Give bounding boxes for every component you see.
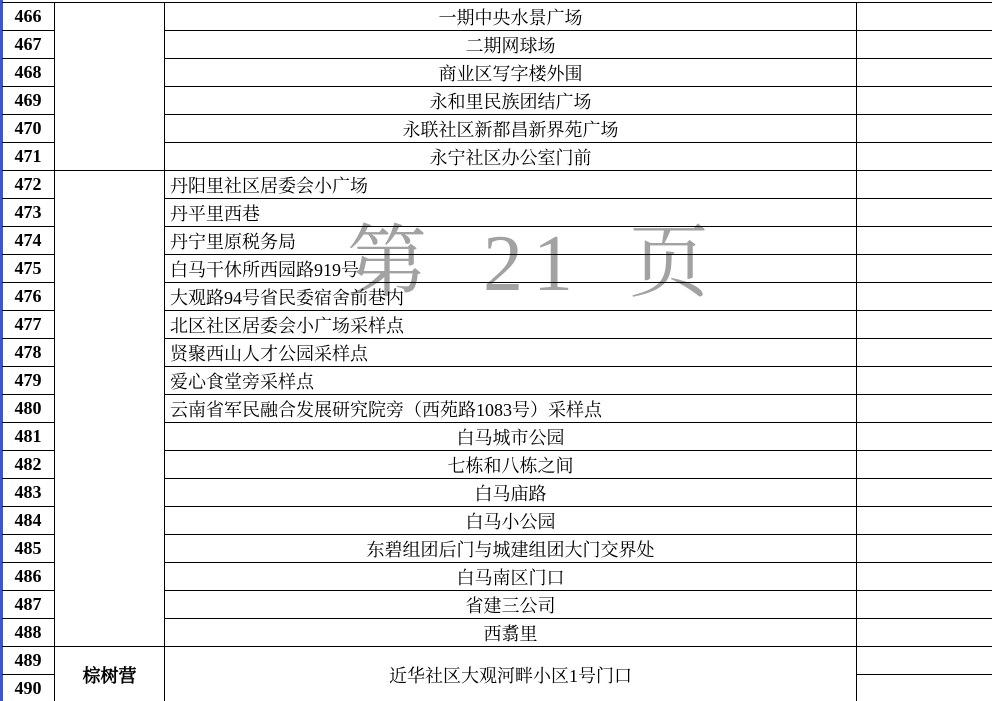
row-number-cell[interactable]: 467 (2, 31, 55, 59)
blank-cell[interactable] (857, 591, 992, 619)
location-cell[interactable]: 白马干休所西园路919号 (165, 255, 857, 283)
row-number-cell[interactable]: 481 (2, 423, 55, 451)
location-cell[interactable]: 北区社区居委会小广场采样点 (165, 311, 857, 339)
location-cell[interactable]: 贤聚西山人才公园采样点 (165, 339, 857, 367)
location-cell[interactable]: 商业区写字楼外围 (165, 59, 857, 87)
row-number-cell[interactable]: 478 (2, 339, 55, 367)
blank-cell[interactable] (857, 339, 992, 367)
location-cell[interactable]: 永和里民族团结广场 (165, 87, 857, 115)
blank-cell[interactable] (857, 227, 992, 255)
row-number-cell[interactable]: 482 (2, 451, 55, 479)
spreadsheet-page: 第 21 页 466一期中央水景广场467二期网球场468商业区写字楼外围469… (0, 0, 992, 701)
location-cell[interactable]: 白马南区门口 (165, 563, 857, 591)
row-number-cell[interactable]: 487 (2, 591, 55, 619)
location-cell[interactable]: 永联社区新都昌新界苑广场 (165, 115, 857, 143)
row-number-cell[interactable]: 476 (2, 283, 55, 311)
row-number-cell[interactable]: 485 (2, 535, 55, 563)
location-cell-merged[interactable]: 近华社区大观河畔小区1号门口 (165, 647, 857, 701)
row-number-cell[interactable]: 484 (2, 507, 55, 535)
location-cell[interactable]: 二期网球场 (165, 31, 857, 59)
blank-cell[interactable] (857, 423, 992, 451)
blank-cell[interactable] (857, 619, 992, 647)
blank-cell[interactable] (857, 199, 992, 227)
group-cell[interactable]: 棕树营 (55, 647, 165, 701)
blank-cell[interactable] (857, 115, 992, 143)
location-cell[interactable]: 东碧组团后门与城建组团大门交界处 (165, 535, 857, 563)
row-number-cell[interactable]: 468 (2, 59, 55, 87)
row-number-cell[interactable]: 475 (2, 255, 55, 283)
location-cell[interactable]: 省建三公司 (165, 591, 857, 619)
blank-cell[interactable] (857, 563, 992, 591)
row-number-cell[interactable]: 479 (2, 367, 55, 395)
location-cell[interactable]: 西翥里 (165, 619, 857, 647)
row-number-cell[interactable]: 472 (2, 171, 55, 199)
blank-cell[interactable] (857, 507, 992, 535)
row-number-cell[interactable]: 474 (2, 227, 55, 255)
blank-cell[interactable] (857, 647, 992, 675)
row-number-cell[interactable]: 486 (2, 563, 55, 591)
row-number-cell[interactable]: 466 (2, 3, 55, 31)
blank-cell[interactable] (857, 3, 992, 31)
blank-cell[interactable] (857, 171, 992, 199)
blank-cell[interactable] (857, 535, 992, 563)
location-cell[interactable]: 云南省军民融合发展研究院旁（西苑路1083号）采样点 (165, 395, 857, 423)
group-cell[interactable] (55, 171, 165, 647)
table-grid: 466一期中央水景广场467二期网球场468商业区写字楼外围469永和里民族团结… (2, 2, 992, 701)
blank-cell[interactable] (857, 311, 992, 339)
blank-cell[interactable] (857, 255, 992, 283)
blank-cell[interactable] (857, 367, 992, 395)
location-cell[interactable]: 白马庙路 (165, 479, 857, 507)
location-cell[interactable]: 丹阳里社区居委会小广场 (165, 171, 857, 199)
location-cell[interactable]: 大观路94号省民委宿舍前巷内 (165, 283, 857, 311)
row-number-cell[interactable]: 490 (2, 675, 55, 701)
location-cell[interactable]: 丹宁里原税务局 (165, 227, 857, 255)
row-number-cell[interactable]: 488 (2, 619, 55, 647)
group-cell[interactable] (55, 3, 165, 171)
blank-cell[interactable] (857, 31, 992, 59)
row-number-cell[interactable]: 471 (2, 143, 55, 171)
row-number-cell[interactable]: 480 (2, 395, 55, 423)
location-cell[interactable]: 白马城市公园 (165, 423, 857, 451)
location-cell[interactable]: 丹平里西巷 (165, 199, 857, 227)
row-number-cell[interactable]: 473 (2, 199, 55, 227)
row-number-cell[interactable]: 483 (2, 479, 55, 507)
row-number-cell[interactable]: 470 (2, 115, 55, 143)
blank-cell[interactable] (857, 59, 992, 87)
row-number-cell[interactable]: 469 (2, 87, 55, 115)
blank-cell[interactable] (857, 283, 992, 311)
blank-cell[interactable] (857, 143, 992, 171)
blank-cell[interactable] (857, 87, 992, 115)
location-cell[interactable]: 白马小公园 (165, 507, 857, 535)
blank-cell[interactable] (857, 451, 992, 479)
row-number-cell[interactable]: 489 (2, 647, 55, 675)
blank-cell[interactable] (857, 675, 992, 701)
blank-cell[interactable] (857, 395, 992, 423)
blank-cell[interactable] (857, 479, 992, 507)
location-cell[interactable]: 永宁社区办公室门前 (165, 143, 857, 171)
row-number-cell[interactable]: 477 (2, 311, 55, 339)
location-cell[interactable]: 七栋和八栋之间 (165, 451, 857, 479)
location-cell[interactable]: 爱心食堂旁采样点 (165, 367, 857, 395)
location-cell[interactable]: 一期中央水景广场 (165, 3, 857, 31)
